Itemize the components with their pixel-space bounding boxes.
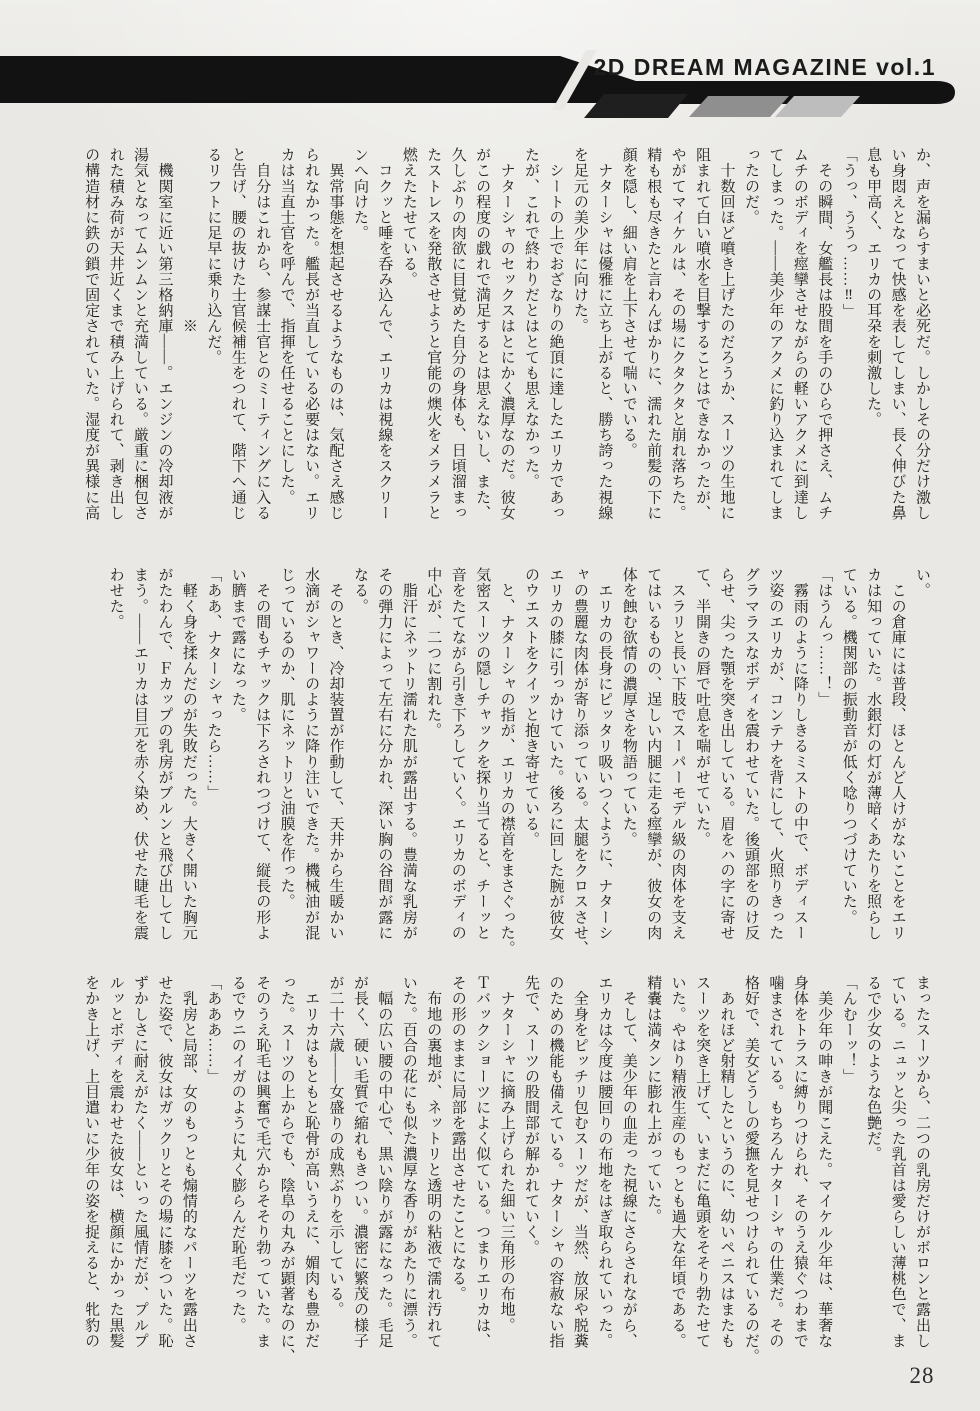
- text-column: スラリと長い下肢でスーパーモデル級の肉体を支え: [665, 567, 689, 967]
- text-column: 精も根も尽きたと言わんばかりに、濡れた前髪の下に: [641, 147, 665, 547]
- text-column: い臍まで露になった。: [225, 567, 249, 967]
- text-column: 異常事態を想起させるようなものは、気配さえ感じ: [323, 147, 347, 547]
- text-column: るでウニのイガのように丸く膨らんだ恥毛だった。: [225, 975, 249, 1375]
- text-column: カは当直士官を呼んで、指揮を任せることにした。: [274, 147, 298, 547]
- text-column: 噛まされている。もちろんナターシャの仕業だ。その: [763, 975, 787, 1375]
- text-column: 燃えたたせている。: [396, 147, 420, 547]
- text-column: 阻まれて白い噴水を目撃することはできなかったが、: [690, 147, 714, 547]
- text-column: 気密スーツの隠しチャックを探り当てると、チーッと: [470, 567, 494, 967]
- text-column: を足元の美少年に向けた。: [567, 147, 591, 547]
- text-column: るリフトに足早に乗り込んだ。: [201, 147, 225, 547]
- text-column: て、半開きの唇で吐息を喘がせていた。: [690, 567, 714, 967]
- text-column: と告げ、腰の抜けた士官候補生をつれて、階下へ通じ: [225, 147, 249, 547]
- text-column: エリカは今度は腰回りの布地をはぎ取られていった。: [592, 975, 616, 1375]
- text-column: 音をたてながら引き下ろしていく。エリカのボディの: [445, 567, 469, 967]
- text-column: じっているのか、肌にネットリと油膜を作った。: [274, 567, 298, 967]
- text-column: 美少年の呻きが聞こえた。マイケル少年は、華奢な: [812, 975, 836, 1375]
- text-column: 「あああ……」: [201, 975, 225, 1375]
- text-column: エリカはもともと恥骨が高いうえに、媚肉も豊かだ: [299, 975, 323, 1375]
- text-column: そして、美少年の血走った視線にさらされながら、: [616, 975, 640, 1375]
- text-column: その瞬間、女艦長は股間を手のひらで押さえ、ムチ: [812, 147, 836, 547]
- text-column: 顔を隠し、細い肩を上下させて喘いでいる。: [616, 147, 640, 547]
- text-column: やがてマイケルは、その場にクタクタと崩れ落ちた。: [665, 147, 689, 547]
- text-column: った。スーツの上からでも、陰阜の丸みが顕著なのに、: [274, 975, 298, 1375]
- text-column: グラマラスなボディを震わせていた。後頭部をのけ反: [739, 567, 763, 967]
- text-column: のウエストをクイッと抱き寄せている。: [519, 567, 543, 967]
- text-column: 十数回ほど噴き上げたのだろうか、スーツの生地に: [714, 147, 738, 547]
- text-column: か、声を漏らすまいと必死だ。しかしその分だけ激し: [910, 147, 934, 547]
- text-column: シートの上でおざなりの絶頂に達したエリカであっ: [543, 147, 567, 547]
- text-column: 格好で、美女どうしの愛撫を見せつけられているのだ。: [739, 975, 763, 1375]
- text-column: たストレスを発散させようと官能の燠火をメラメラと: [421, 147, 445, 547]
- text-column: ている。機関部の振動音が低く唸りつづけていた。: [836, 567, 860, 967]
- text-column: たが、これで終わりだとはとても思えなかった。: [519, 147, 543, 547]
- text-column: 布地の裏地が、ネットリと透明の粘液で濡れ汚れて: [421, 975, 445, 1375]
- text-column: 「んむーッ！」: [836, 975, 860, 1375]
- text-column: と、ナターシャの指が、エリカの襟首をまさぐった。: [494, 567, 518, 967]
- text-column: エリカの長身にピッタリ吸いつくように、ナターシ: [592, 567, 616, 967]
- text-column: 身体をトラスに縛りつけられ、そのうえ猿ぐつわまで: [787, 975, 811, 1375]
- text-band-bottom: まったスーツから、二つの乳房だけがボロンと露出している。ニュッと尖った乳首は愛ら…: [78, 975, 934, 1375]
- text-column: 先で、スーツの股間部が解かれていく。: [519, 975, 543, 1375]
- magazine-title: 2D DREAM MAGAZINE vol.1: [594, 54, 936, 80]
- text-column: がたわんで、Ｆカップの乳房がブルンと飛び出してし: [152, 567, 176, 967]
- text-column: 機関室に近い第三格納庫――。エンジンの冷却液が: [152, 147, 176, 547]
- text-column: ずかしさに耐えがたく――といった風情だが、プルプ: [128, 975, 152, 1375]
- text-column: 「うっ、ううっ……‼」: [836, 147, 860, 547]
- text-column: をかき上げ、上目遣いに少年の姿を捉えると、牝豹の: [79, 975, 103, 1375]
- text-column: 水滴がシャワーのように降り注いできた。機械油が混: [299, 567, 323, 967]
- text-column: 乳房と局部、女のもっとも煽情的なパーツを露出さ: [176, 975, 200, 1375]
- text-column: らせ、尖った顎を突き出している。眉をハの字に寄せ: [714, 567, 738, 967]
- text-column: Ｔバックショーツによく似ている。つまりエリカは、: [470, 975, 494, 1375]
- text-column: 幅の広い腰の中心で、黒い陰りが露になった。毛足: [372, 975, 396, 1375]
- text-band-top: か、声を漏らすまいと必死だ。しかしその分だけ激しい身悶えとなって快感を表してしま…: [78, 147, 934, 547]
- text-column: ナターシャに摘み上げられた細い三角形の布地。: [494, 975, 518, 1375]
- text-column: まったスーツから、二つの乳房だけがボロンと露出し: [910, 975, 934, 1375]
- text-column: ンへ向けた。: [348, 147, 372, 547]
- text-column: 精嚢は満タンに膨れ上がっていた。: [641, 975, 665, 1375]
- text-column: コクッと唾を呑み込んで、エリカは視線をスクリー: [372, 147, 396, 547]
- text-column: いた。百合の花にも似た濃厚な香りがあたりに漂う。: [396, 975, 420, 1375]
- text-column: ったのだ。: [739, 147, 763, 547]
- text-column: 自分はこれから、参謀士官とのミーティングに入る: [250, 147, 274, 547]
- text-column: 脂汗にネットリ濡れた肌が露出する。豊満な乳房が: [396, 567, 420, 967]
- text-column: ナターシャのセックスはとにかく濃厚なのだ。彼女: [494, 147, 518, 547]
- text-column: この倉庫には普段、ほとんど人けがないことをエリ: [885, 567, 909, 967]
- text-column: 湯気となってムンムンと充満している。厳重に梱包さ: [128, 147, 152, 547]
- page-number: 28: [892, 1363, 952, 1389]
- text-column: ムチのボディを痙攣させながらの軽いアクメに到達し: [787, 147, 811, 547]
- text-column: その間もチャックは下ろされつづけて、縦長の形よ: [250, 567, 274, 967]
- text-column: てはいるものの、逞しい内腿に走る痙攣が、彼女の肉: [641, 567, 665, 967]
- text-column: ※: [176, 147, 200, 547]
- text-column: 久しぶりの肉欲に目覚めた自分の身体も、日頃溜まっ: [445, 147, 469, 547]
- text-column: 中心が、二つに割れた。: [421, 567, 445, 967]
- text-column: その弾力によって左右に分かれ、深い胸の谷間が露に: [372, 567, 396, 967]
- text-column: の構造材に鉄の鎖で固定されていた。湿度が異様に高: [79, 147, 103, 547]
- text-column: 息も甲高く、エリカの耳朶を刺激した。: [861, 147, 885, 547]
- text-column: あれほど射精したというのに、幼いペニスはまたも: [714, 975, 738, 1375]
- text-column: そのうえ恥毛は興奮で毛穴からそそり勃っていた。ま: [250, 975, 274, 1375]
- text-column: ナターシャは優雅に立ち上がると、勝ち誇った視線: [592, 147, 616, 547]
- text-column: わせた。: [103, 567, 127, 967]
- text-column: 「はうんっ……！」: [812, 567, 836, 967]
- text-column: がこの程度の戯れで満足するとは思えないし、また、: [470, 147, 494, 547]
- text-column: エリカの膝に引っかけていた。後ろに回した腕が彼女: [543, 567, 567, 967]
- text-column: ツ姿のエリカが、コンテナを背にして、火照りきった: [763, 567, 787, 967]
- text-column: が長く、硬い毛質で縮れもきつい。濃密に繁茂の様子: [348, 975, 372, 1375]
- text-column: せた姿で、彼女はガックリとその場に膝をついた。恥: [152, 975, 176, 1375]
- text-column: 全身をピッチリ包むスーツだが、当然、放尿や脱糞: [567, 975, 591, 1375]
- text-column: 軽く身を揉んだのが失敗だった。大きく開いた胸元: [176, 567, 200, 967]
- text-column: ルッとボディを震わせた彼女は、横顔にかかった黒髪: [103, 975, 127, 1375]
- text-column: スーツを突き上げて、いまだに亀頭をそそり勃たせて: [690, 975, 714, 1375]
- text-band-middle: い。 この倉庫には普段、ほとんど人けがないことをエリカは知っていた。水銀灯の灯が…: [78, 567, 934, 967]
- text-column: られなかった。艦長が当直している必要はない。エリ: [299, 147, 323, 547]
- text-column: のための機能も備えている。ナターシャの容赦ない指: [543, 975, 567, 1375]
- text-column: 体を蝕む欲情の濃厚さを物語っていた。: [616, 567, 640, 967]
- text-column: ている。ニュッと尖った乳首は愛らしい薄桃色で、ま: [885, 975, 909, 1375]
- text-column: い身悶えとなって快感を表してしまい、長く伸びた鼻: [885, 147, 909, 547]
- text-column: ャの豊麗な肉体が寄り添っている。太腿をクロスさせ、: [567, 567, 591, 967]
- text-column: なる。: [348, 567, 372, 967]
- text-column: れた積み荷が天井近くまで積み上げられて、剥き出し: [103, 147, 127, 547]
- text-column: が二十六歳――女盛りの成熟ぶりを示している。: [323, 975, 347, 1375]
- text-column: 霧雨のように降りしきるミストの中で、ボディスー: [787, 567, 811, 967]
- text-column: その形のままに局部を露出させたことになる。: [445, 975, 469, 1375]
- text-column: いた。やはり精液生産のもっとも過大な年頃である。: [665, 975, 689, 1375]
- text-column: い。: [910, 567, 934, 967]
- text-column: カは知っていた。水銀灯の灯が薄暗くあたりを照らし: [861, 567, 885, 967]
- header-banner: 2D DREAM MAGAZINE vol.1: [0, 0, 980, 132]
- text-column: てしまった。――美少年のアクメに釣り込まれてしま: [763, 147, 787, 547]
- text-column: そのとき、冷却装置が作動して、天井から生暖かい: [323, 567, 347, 967]
- text-column: るで少女のような色艶だ。: [861, 975, 885, 1375]
- text-column: 「ああ、ナターシャったら……」: [201, 567, 225, 967]
- text-column: まう。――エリカは目元を赤く染め、伏せた睫毛を震: [128, 567, 152, 967]
